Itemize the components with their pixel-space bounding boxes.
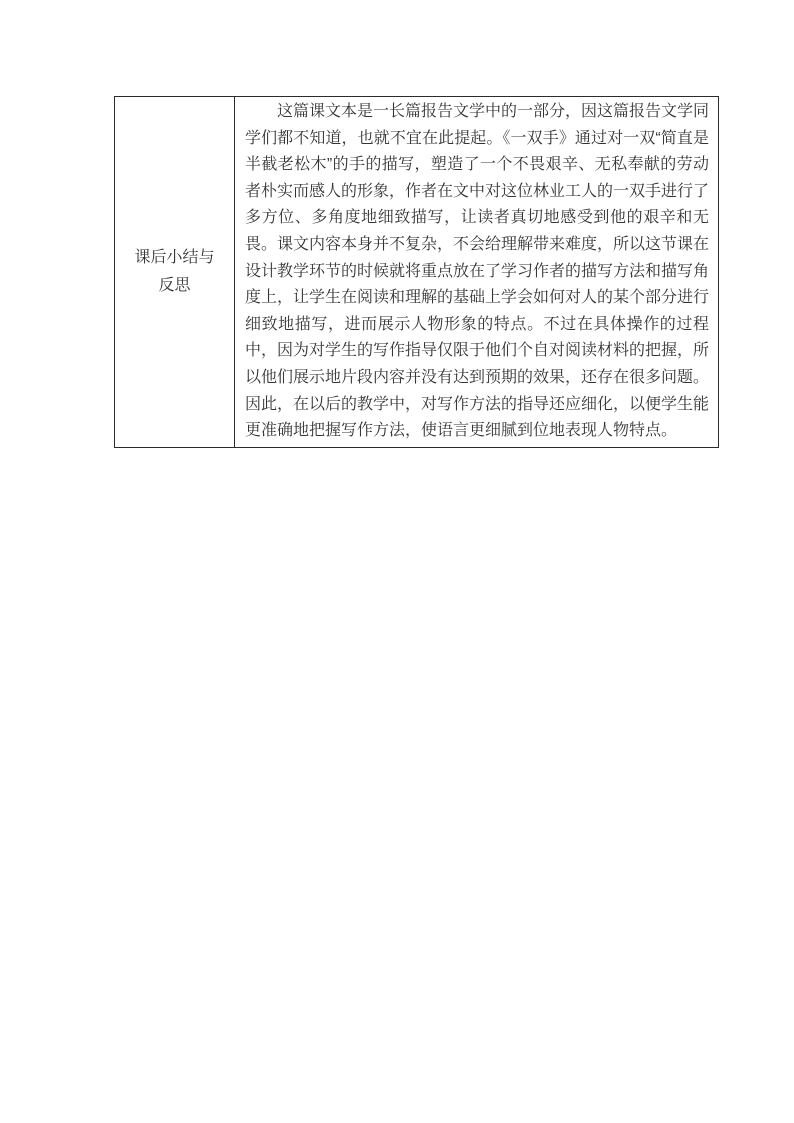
row-body-cell: 这篇课文本是一长篇报告文学中的一部分，因这篇报告文学同学们都不知道，也就不宜在此… [235, 97, 719, 448]
row-header-label: 课后小结与反思 [135, 244, 215, 300]
row-header-cell: 课后小结与反思 [115, 97, 235, 448]
content-table: 课后小结与反思 这篇课文本是一长篇报告文学中的一部分，因这篇报告文学同学们都不知… [114, 96, 719, 448]
reflection-paragraph: 这篇课文本是一长篇报告文学中的一部分，因这篇报告文学同学们都不知道，也就不宜在此… [245, 99, 709, 445]
document-page: 课后小结与反思 这篇课文本是一长篇报告文学中的一部分，因这篇报告文学同学们都不知… [0, 0, 794, 1123]
table-row: 课后小结与反思 这篇课文本是一长篇报告文学中的一部分，因这篇报告文学同学们都不知… [115, 97, 719, 448]
